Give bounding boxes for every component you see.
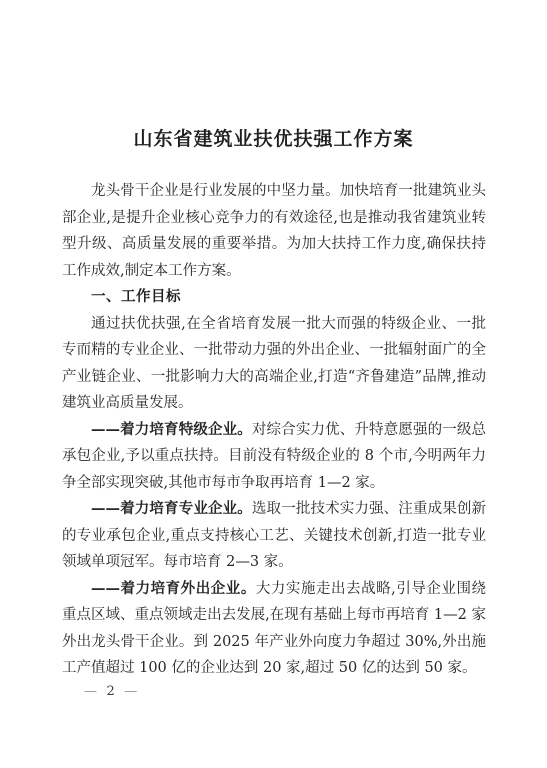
page-number-value: 2 — [98, 684, 125, 699]
document-body: 龙头骨干企业是行业发展的中坚力量。加快培育一批建筑业头部企业,是提升企业核心竞争… — [62, 178, 486, 682]
intro-paragraph: 龙头骨干企业是行业发展的中坚力量。加快培育一批建筑业头部企业,是提升企业核心竞争… — [62, 178, 486, 284]
item-lead-outbound: ——着力培育外出企业。 — [91, 580, 256, 597]
page-number-dash-left: — — [84, 684, 98, 699]
page-number: —2— — [84, 684, 138, 699]
document-page: 山东省建筑业扶优扶强工作方案 龙头骨干企业是行业发展的中坚力量。加快培育一批建筑… — [0, 0, 547, 768]
document-title: 山东省建筑业扶优扶强工作方案 — [0, 124, 547, 151]
section-heading-work-goals: 一、工作目标 — [62, 284, 486, 311]
item-paragraph-special-grade: ——着力培育特级企业。对综合实力优、升特意愿强的一级总承包企业,予以重点扶持。目… — [62, 417, 486, 497]
item-paragraph-outbound: ——着力培育外出企业。大力实施走出去战略,引导企业围绕重点区域、重点领域走出去发… — [62, 576, 486, 682]
item-lead-professional: ——着力培育专业企业。 — [91, 500, 252, 517]
page-number-dash-right: — — [124, 684, 138, 699]
item-lead-special-grade: ——着力培育特级企业。 — [91, 421, 252, 438]
goal-paragraph: 通过扶优扶强,在全省培育发展一批大而强的特级企业、一批专而精的专业企业、一批带动… — [62, 311, 486, 417]
item-paragraph-professional: ——着力培育专业企业。选取一批技术实力强、注重成果创新的专业承包企业,重点支持核… — [62, 496, 486, 576]
